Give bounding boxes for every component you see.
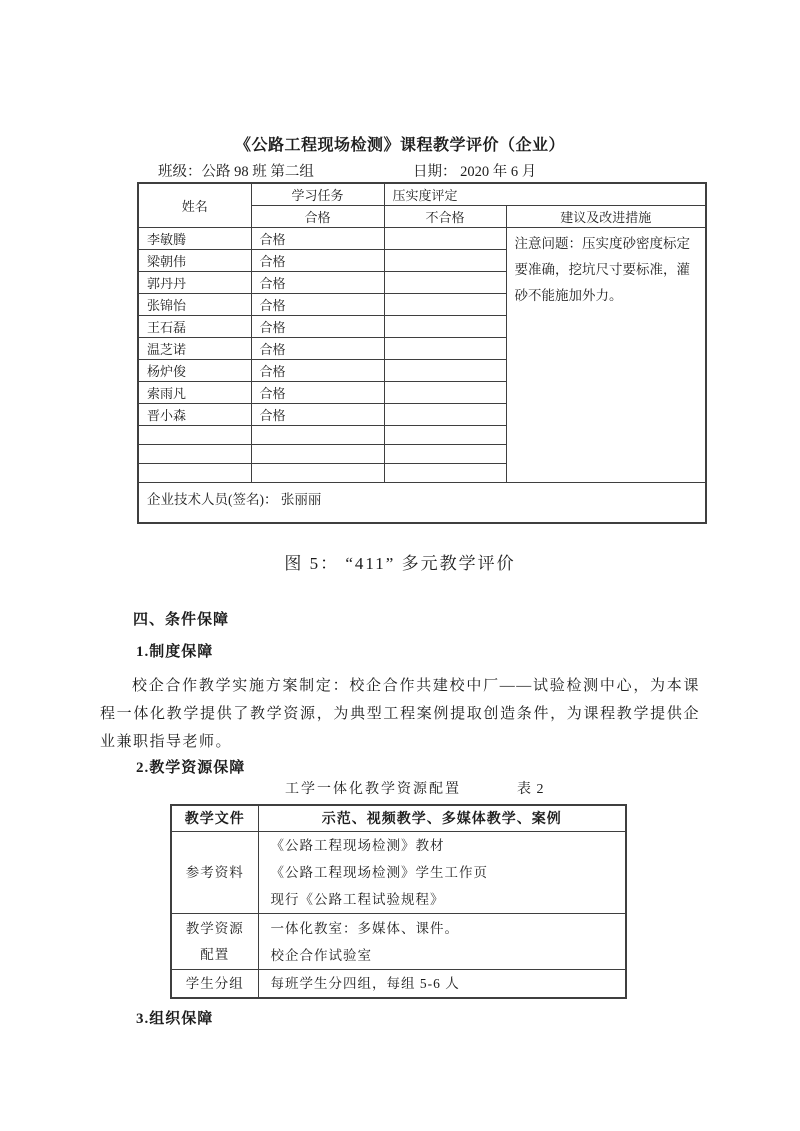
result-cell [251,445,384,464]
subsection-1-heading: 1.制度保障 [136,642,700,662]
evaluation-table: 姓名 学习任务 压实度评定 合格 不合格 建议及改进措施 李敏腾 合格 注意问题… [137,182,707,524]
result-cell: 合格 [251,338,384,360]
fail-cell [384,338,506,360]
date-label: 日期： 2020 年 6 月 [413,160,536,181]
student-row: 李敏腾 合格 注意问题：压实度砂密度标定要准确，挖坑尺寸要标准，灌砂不能施加外力… [138,228,706,250]
value-line: 《公路工程现场检测》教材 [271,832,614,859]
result-cell: 合格 [251,382,384,404]
student-name-cell: 杨炉俊 [138,360,251,382]
student-name-cell: 王石磊 [138,316,251,338]
resources-table-title: 工学一体化教学资源配置 [285,782,461,797]
fail-cell [384,382,506,404]
institution-paragraph: 校企合作教学实施方案制定：校企合作共建校中厂——试验检测中心，为本课程一体化教学… [100,672,700,756]
student-name-cell: 索雨凡 [138,382,251,404]
result-cell [251,426,384,445]
resources-table-caption: 工学一体化教学资源配置表 2 [285,780,700,800]
fail-cell [384,316,506,338]
fail-cell [384,294,506,316]
reference-materials-row: 参考资料 《公路工程现场检测》教材 《公路工程现场检测》学生工作页 现行《公路工… [171,832,626,914]
student-name-cell: 梁朝伟 [138,250,251,272]
result-cell: 合格 [251,404,384,426]
value-line: 《公路工程现场检测》学生工作页 [271,859,614,886]
value-line: 现行《公路工程试验规程》 [271,886,614,913]
subsection-3-heading: 3.组织保障 [136,1009,700,1029]
fail-cell [384,228,506,250]
resources-header-doc-cell: 教学文件 [171,805,258,832]
row-label-line: 教学资源 [176,916,254,942]
subsection-2-heading: 2.教学资源保障 [136,758,700,778]
fail-cell [384,404,506,426]
row-label-line: 学生分组 [176,971,254,997]
table-number-label: 表 2 [517,782,545,797]
row-value-cell: 每班学生分四组，每组 5-6 人 [258,970,626,999]
suggestion-note-cell: 注意问题：压实度砂密度标定要准确，挖坑尺寸要标准，灌砂不能施加外力。 [506,228,706,483]
teaching-resources-row: 教学资源 配置 一体化教室：多媒体、课件。 校企合作试验室 [171,914,626,970]
figure-caption: 图 5： “411” 多元教学评价 [100,552,700,576]
header-task-cell: 学习任务 [251,183,384,206]
class-label: 班级：公路 98 班 第二组 [158,160,314,181]
row-label-line: 参考资料 [176,860,254,886]
resources-table: 教学文件 示范、视频教学、多媒体教学、案例 参考资料 《公路工程现场检测》教材 … [170,804,627,1000]
fail-cell [384,360,506,382]
section-heading: 四、条件保障 [133,610,700,630]
row-value-cell: 一体化教室：多媒体、课件。 校企合作试验室 [258,914,626,970]
student-name-cell: 温芝诺 [138,338,251,360]
result-cell: 合格 [251,250,384,272]
resources-header-media-cell: 示范、视频教学、多媒体教学、案例 [258,805,626,832]
header-pass-cell: 合格 [251,206,384,228]
value-line: 校企合作试验室 [271,942,614,969]
row-value-cell: 《公路工程现场检测》教材 《公路工程现场检测》学生工作页 现行《公路工程试验规程… [258,832,626,914]
class-date-line: 班级：公路 98 班 第二组 日期： 2020 年 6 月 [100,160,700,180]
result-cell [251,464,384,483]
header-row-1: 姓名 学习任务 压实度评定 [138,183,706,206]
student-name-cell: 晋小森 [138,404,251,426]
student-name-cell [138,445,251,464]
fail-cell [384,250,506,272]
student-name-cell: 张锦怡 [138,294,251,316]
signature-row: 企业技术人员(签名)： 张丽丽 [138,483,706,523]
row-label-cell: 学生分组 [171,970,258,999]
student-name-cell: 李敏腾 [138,228,251,250]
document-page: 《公路工程现场检测》课程教学评价（企业） 班级：公路 98 班 第二组 日期： … [0,0,800,1131]
row-label-line: 配置 [176,942,254,968]
result-cell: 合格 [251,272,384,294]
document-title: 《公路工程现场检测》课程教学评价（企业） [100,136,700,156]
student-grouping-row: 学生分组 每班学生分四组，每组 5-6 人 [171,970,626,999]
result-cell: 合格 [251,228,384,250]
row-label-cell: 教学资源 配置 [171,914,258,970]
student-name-cell [138,426,251,445]
student-name-cell [138,464,251,483]
header-suggestion-cell: 建议及改进措施 [506,206,706,228]
fail-cell [384,445,506,464]
header-name-cell: 姓名 [138,183,251,228]
result-cell: 合格 [251,316,384,338]
value-line: 每班学生分四组，每组 5-6 人 [271,970,614,997]
resources-header-row: 教学文件 示范、视频教学、多媒体教学、案例 [171,805,626,832]
header-compaction-cell: 压实度评定 [384,183,706,206]
header-fail-cell: 不合格 [384,206,506,228]
result-cell: 合格 [251,360,384,382]
fail-cell [384,272,506,294]
fail-cell [384,426,506,445]
student-name-cell: 郭丹丹 [138,272,251,294]
row-label-cell: 参考资料 [171,832,258,914]
value-line: 一体化教室：多媒体、课件。 [271,915,614,942]
fail-cell [384,464,506,483]
result-cell: 合格 [251,294,384,316]
signature-cell: 企业技术人员(签名)： 张丽丽 [138,483,706,523]
